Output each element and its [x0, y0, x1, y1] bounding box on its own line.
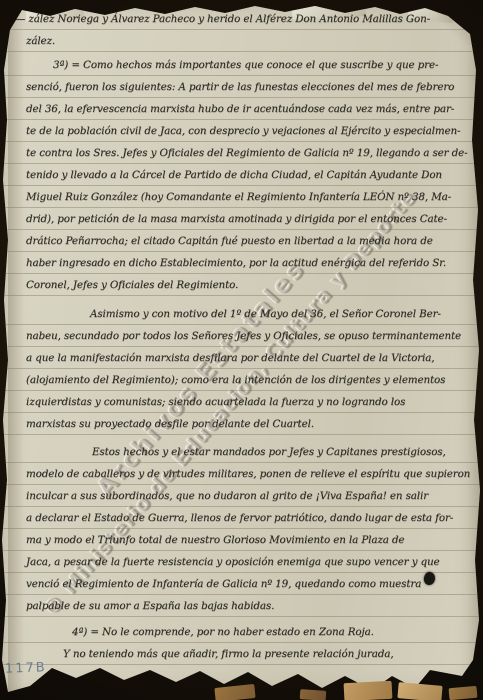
manuscript-line: palpable de su amor a España las bajas h… — [0, 595, 483, 617]
manuscript-line: zález. — [0, 30, 483, 52]
manuscript-line: tenido y llevado a la Cárcel de Partido … — [0, 164, 483, 186]
manuscript-line: te de la población civil de Jaca, con de… — [0, 120, 483, 142]
manuscript-line: a declarar el Estado de Guerra, llenos d… — [0, 507, 483, 529]
manuscript-line: — zález Noriega y Álvarez Pacheco y heri… — [0, 8, 483, 30]
handwritten-text: — zález Noriega y Álvarez Pacheco y heri… — [0, 8, 483, 665]
scanner-background: Archivos Estatales © Ministerio de Educa… — [0, 0, 483, 700]
manuscript-line: inculcar a sus subordinados, que no duda… — [0, 485, 483, 507]
manuscript-line: Miguel Ruiz González (hoy Comandante el … — [0, 186, 483, 208]
manuscript-line: Jaca, a pesar de la fuerte resistencia y… — [0, 551, 483, 573]
manuscript-page: Archivos Estatales © Ministerio de Educa… — [0, 0, 483, 700]
page-number-stamp: 117B — [5, 660, 47, 676]
manuscript-line: a que la manifestación marxista desfilar… — [0, 347, 483, 369]
manuscript-line: Y no teniendo más que añadir, firmo la p… — [0, 643, 483, 665]
manuscript-line: 4ª) = No le comprende, por no haber esta… — [0, 621, 483, 643]
manuscript-line: Estos hechos y el estar mandados por Jef… — [0, 441, 483, 463]
manuscript-line: modelo de caballeros y de virtudes milit… — [0, 463, 483, 485]
manuscript-line: 3ª) = Como hechos más importantes que co… — [0, 54, 483, 76]
manuscript-line: izquierdistas y comunistas; siendo acuar… — [0, 391, 483, 413]
torn-paper-fragment — [449, 686, 478, 700]
manuscript-line: drático Peñarrocha; el citado Capitán fu… — [0, 230, 483, 252]
manuscript-line: (alojamiento del Regimiento); como era l… — [0, 369, 483, 391]
manuscript-line: nabeu, secundado por todos los Señores J… — [0, 325, 483, 347]
manuscript-line: drid), por petición de la masa marxista … — [0, 208, 483, 230]
torn-paper-fragment — [344, 681, 393, 700]
manuscript-line: marxistas su proyectado desfile por dela… — [0, 413, 483, 435]
torn-paper-fragment — [214, 684, 255, 700]
manuscript-line: senció, fueron los siguientes: A partir … — [0, 76, 483, 98]
manuscript-line: haber ingresado en dicho Establecimiento… — [0, 252, 483, 274]
manuscript-line: ma y modo el Triunfo total de nuestro Gl… — [0, 529, 483, 551]
manuscript-line: te contra los Sres. Jefes y Oficiales de… — [0, 142, 483, 164]
manuscript-line: venció el Regimiento de Infantería de Ga… — [0, 573, 483, 595]
manuscript-line: Asimismo y con motivo del 1º de Mayo del… — [0, 303, 483, 325]
manuscript-line: del 36, la efervescencia marxista hubo d… — [0, 98, 483, 120]
torn-paper-fragment — [397, 682, 442, 700]
manuscript-line: Coronel, Jefes y Oficiales del Regimient… — [0, 274, 483, 296]
torn-paper-fragment — [300, 689, 327, 700]
